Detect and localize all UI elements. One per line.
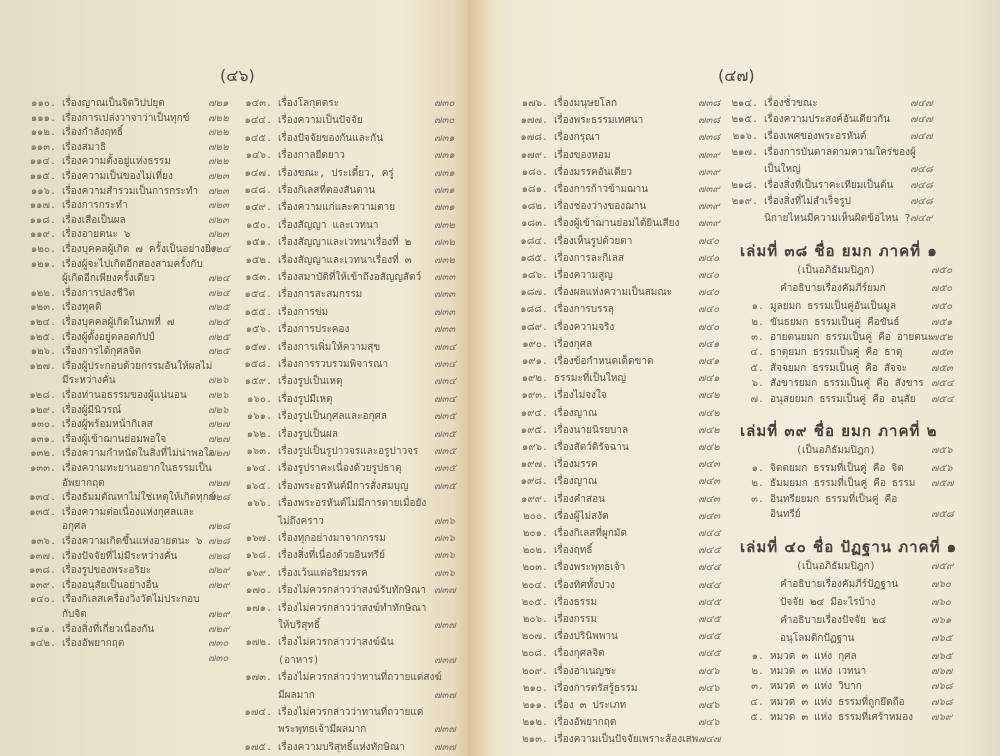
entry-page: ๗๖๗ bbox=[931, 664, 952, 679]
volume-intro-page: ๗๕๐ bbox=[931, 281, 952, 296]
entry-title: เรื่องการรวบรวมพิจารณา bbox=[278, 359, 388, 370]
toc-entry: ๒๑๙.เรื่องสิ่งที่ไม่สำเร็จรูป๗๔๘ bbox=[720, 194, 940, 210]
entry-number: ๒๑๐. bbox=[512, 681, 548, 696]
entry-page: ๗๔๐ bbox=[698, 234, 719, 249]
entry-number: ๒๑๗. bbox=[720, 145, 758, 160]
toc-entry: ๑๒๖.เรื่องการได้กุศลจิต๗๒๕ bbox=[18, 344, 238, 359]
toc-entry: ๒๐๘.เรื่องกุศลจิต๗๔๕ bbox=[512, 646, 728, 663]
entry-title: เรื่องอัพยากฤต bbox=[554, 717, 616, 728]
entry-page: ๗๓๐ bbox=[434, 113, 454, 128]
toc-entry: ๑๕๓.เรื่องสมาบัติที่ให้เข้าถึงอสัญญสัตว์… bbox=[234, 270, 464, 287]
entry-page: ๗๓๔ bbox=[434, 340, 456, 355]
toc-entry: ๒๐๗.เรื่องปรินิพพาน๗๔๕ bbox=[512, 629, 728, 646]
entry-page: ๗๔๘ bbox=[910, 178, 933, 193]
entry-title-continued: (อาหาร) bbox=[278, 653, 319, 668]
entry-title: เรื่องญาณ bbox=[554, 476, 597, 487]
toc-entry: ๑๘๖.เรื่องความสูญ๗๔๐ bbox=[512, 268, 728, 285]
toc-entry: ๒๑๓.เรื่องความเป็นปัจจัยเพราะส้องเสพ๗๔๗ bbox=[512, 732, 728, 749]
entry-title: เรื่องรูปเป็นกุศลและอกุศล bbox=[278, 411, 387, 422]
toc-entry: ๑๕๘.เรื่องการรวบรวมพิจารณา๗๓๔ bbox=[234, 357, 464, 374]
entry-number: ๑๒๖. bbox=[18, 344, 56, 359]
entry-page: ๗๓๔ bbox=[434, 374, 456, 389]
entry-title: เรื่องอายตนะ ๖ bbox=[62, 229, 130, 240]
entry-page: ๗๒๓ bbox=[208, 227, 229, 242]
entry-title: มูลยมก ธรรมเป็นคู่อันเป็นมูล bbox=[770, 301, 896, 312]
entry-page: ๗๒๙ bbox=[208, 563, 229, 578]
entry-title: เรื่องไม่ควรกล่าวว่าทานที่ถวายแด่ bbox=[278, 707, 423, 718]
entry-number: ๑๙๑. bbox=[512, 354, 548, 369]
entry-title: เรื่องสัญญา และเวทนา bbox=[278, 220, 378, 231]
entry-page: ๗๓๙ bbox=[698, 148, 720, 163]
entry-number: ๑๒๐. bbox=[18, 242, 56, 257]
entry-number: ๑๕๒. bbox=[234, 253, 272, 268]
toc-entry: ๑๕๙.เรื่องรูปเป็นเหตุ๗๓๔ bbox=[234, 374, 464, 391]
toc-entry: ๒๑๕.เรื่องความประสงค์อันเดียวกัน๗๔๗ bbox=[720, 112, 940, 128]
entry-title: เรื่องมรรค bbox=[554, 459, 598, 470]
entry-page: ๗๔๖ bbox=[698, 664, 719, 679]
entry-title-continued: กับจิต bbox=[62, 607, 87, 622]
entry-page: ๗๓๑ bbox=[434, 183, 455, 198]
entry-title: เรื่องความเกิดขึ้นแห่งอายตนะ ๖ bbox=[62, 536, 202, 547]
entry-page: ๗๓๗ bbox=[434, 583, 456, 598]
entry-title: เรื่องนายนิรยบาล bbox=[554, 425, 628, 436]
entry-page: ๗๒๒ bbox=[208, 125, 229, 140]
entry-title: เรื่องอนุสัยเป็นอย่างอื่น bbox=[62, 580, 158, 591]
entry-page: ๗๓๕ bbox=[434, 427, 456, 442]
entry-page: ๗๒๕ bbox=[208, 330, 230, 345]
entry-title: เรื่องกุศลจิต bbox=[554, 648, 605, 659]
entry-number: ๑๓๙. bbox=[18, 578, 56, 593]
toc-entry: ๒๐๔.เรื่องทิศทั้งปวง๗๔๔ bbox=[512, 578, 728, 595]
entry-title: เรื่องธรรม bbox=[554, 597, 597, 608]
entry-title: เรื่องญาณ bbox=[554, 408, 597, 419]
entry-page-trailing: ๗๓๐ bbox=[208, 651, 228, 666]
right-page: (๔๗) ๑๗๖.เรื่องมนุษยโลก๗๓๘๑๗๗.เรื่องพระธ… bbox=[512, 0, 1000, 756]
entry-number: ๑๙๕. bbox=[512, 423, 548, 438]
entry-page: ๗๔๕ bbox=[698, 646, 721, 661]
entry-title: เรื่องทิศทั้งปวง bbox=[554, 580, 615, 591]
entry-page: ๗๓๗ bbox=[434, 688, 456, 703]
entry-number: ๓. bbox=[726, 492, 764, 507]
entry-page: ๗๒๙ bbox=[208, 578, 229, 593]
entry-number: ๒๐๗. bbox=[512, 629, 548, 644]
entry-page: ๗๖๕ bbox=[931, 649, 952, 664]
entry-number: ๑๙๖. bbox=[512, 440, 548, 455]
entry-number: ๑๒๓. bbox=[18, 300, 56, 315]
entry-number: ๑๖๒. bbox=[234, 427, 272, 442]
entry-title: เรื่องกิเลสเครื่องวิ่งวัดไม่ประกอบ bbox=[62, 594, 199, 605]
toc-entry: ๑๘๐.เรื่องมรรคอันเดียว๗๓๙ bbox=[512, 165, 728, 182]
entry-title: เรื่องกาลยืดยาว bbox=[278, 150, 345, 161]
entry-number: ๑๑๖. bbox=[18, 184, 56, 199]
entry-page: ๗๔๐ bbox=[698, 285, 719, 300]
entry-number: ๑๑๙. bbox=[18, 227, 56, 242]
entry-page: ๗๓๑ bbox=[434, 200, 455, 215]
entry-number: ๑. bbox=[726, 461, 764, 476]
entry-number: ๒๐๘. bbox=[512, 646, 548, 661]
entry-title: เรื่องความเป็นปัจจัยเพราะส้องเสพ bbox=[554, 734, 698, 745]
toc-entry: ๑๒๗.เรื่องผู้ประกอบด้วยกรรมอันให้ผลไม่มี… bbox=[18, 359, 238, 388]
entry-page: ๗๓๙ bbox=[698, 165, 720, 180]
entry-page: ๗๔๐ bbox=[698, 320, 719, 335]
toc-entry: ๑๗๘.เรื่องกรุณา๗๓๘ bbox=[512, 130, 728, 147]
entry-page: ๗๓๕ bbox=[434, 444, 456, 459]
toc-entry: ๒๑๘.เรื่องสิ่งที่เป็นราคะเทียมเป็นต้น๗๔๘ bbox=[720, 178, 940, 194]
entry-page: ๗๕๗ bbox=[931, 476, 954, 491]
toc-entry: ๑๔๑.เรื่องสิ่งที่เกี่ยวเนื่องกัน๗๒๙ bbox=[18, 622, 238, 637]
entry-page: ๗๒๔ bbox=[208, 242, 230, 257]
entry-title: เรื่องการบรรลุ bbox=[554, 304, 614, 315]
entry-title: อนุสยยมก ธรรมเป็นคู่ คือ อนุสัย bbox=[770, 394, 916, 405]
entry-page: ๗๓๔ bbox=[434, 357, 456, 372]
volume-subtitle: (เป็นอภิธัมมปิฎก)๗๕๐ bbox=[796, 263, 876, 278]
entry-title: เรื่องผู้จะไปเกิดอีกสองสามครั้งกับ bbox=[62, 259, 203, 270]
entry-number: ๑๒๔. bbox=[18, 315, 56, 330]
entry-title: เรื่องความทะยานอยากในธรรมเป็น bbox=[62, 463, 212, 474]
entry-title: อายตนยมก ธรรมเป็นคู่ คือ อายตนะ bbox=[770, 332, 933, 343]
entry-title: เรื่องผู้พร้อมหน้ากิเลส bbox=[62, 419, 153, 430]
entry-number: ๑๒๒. bbox=[18, 286, 56, 301]
volume-intro-line: คำอธิบายเรื่องปัจจัย ๒๔๗๖๑ bbox=[780, 613, 886, 628]
entry-number: ๑๓๔. bbox=[18, 490, 56, 505]
toc-entry: ๑๙๑.เรื่องข้อกำหนดเด็ดขาด๗๔๑ bbox=[512, 354, 728, 371]
entry-page: ๗๔๒ bbox=[698, 388, 720, 403]
toc-entry: ๑๙๒.ธรรมะที่เป็นใหญ่๗๔๑ bbox=[512, 371, 728, 388]
entry-page: ๗๔๙ bbox=[910, 211, 932, 226]
entry-title: เรื่องผลแห่งความเป็นสมณะ bbox=[554, 287, 672, 298]
entry-title: เรื่อง ๓ ประเภท bbox=[554, 700, 626, 711]
entry-title-continued: ให้บริสุทธิ์ bbox=[278, 618, 320, 633]
entry-number: ๑๔๕. bbox=[234, 131, 272, 146]
volume-intro-text: คำอธิบายเรื่องคัมภีร์ยมก bbox=[780, 283, 886, 294]
entry-page: ๗๔๓ bbox=[698, 474, 720, 489]
entry-title: เรื่องกำลังฤทธิ์ bbox=[62, 127, 123, 138]
entry-number: ๑๓๓. bbox=[18, 461, 56, 476]
entry-page: ๗๓๒ bbox=[434, 235, 455, 250]
entry-number: ๑๗๖. bbox=[512, 96, 548, 111]
entry-number: ๑๒๘. bbox=[18, 388, 56, 403]
intro-line-text: ปัจจัย ๒๔ มีอะไรบ้าง bbox=[780, 597, 875, 608]
entry-page: ๗๓๖ bbox=[434, 514, 455, 529]
entry-page: ๗๓๔ bbox=[434, 392, 456, 407]
toc-entry: ๑๘๒.เรื่องช่องว่างของฌาน๗๓๙ bbox=[512, 199, 728, 216]
entry-page: ๗๒๓ bbox=[208, 169, 229, 184]
toc-entry: ๒๐๙.เรื่องอาเนญชะ๗๔๖ bbox=[512, 664, 728, 681]
entry-number: ๑๗๘. bbox=[512, 130, 548, 145]
entry-page: ๗๕๓ bbox=[931, 345, 953, 360]
entry-number: ๒๑๙. bbox=[720, 194, 758, 209]
toc-entry: ๑๙๔.เรื่องญาณ๗๔๒ bbox=[512, 406, 728, 423]
entry-number: ๓. bbox=[726, 679, 764, 694]
entry-page: ๗๓๖ bbox=[434, 548, 455, 563]
toc-entry: ๑๔๘.เรื่องกิเลสที่ตองสันดาน๗๓๑ bbox=[234, 183, 464, 200]
entry-number: ๒๐๕. bbox=[512, 595, 548, 610]
entry-title: หมวด ๓ แห่ง วิบาก bbox=[770, 681, 862, 692]
toc-entry: ๕.หมวด ๓ แห่ง ธรรมที่เศร้าหมอง๗๖๙ bbox=[726, 710, 961, 725]
entry-number: ๑๔๒. bbox=[18, 636, 56, 651]
book-spread: (๔๖) ๑๑๐.เรื่องญาณเป็นจิตวิปปยุต๗๒๑๑๑๑.เ… bbox=[0, 0, 1000, 756]
entry-number: ๑๘๙. bbox=[512, 320, 548, 335]
toc-entry: ๒๐๑.เรื่องกิเลสที่ผูกมัด๗๔๔ bbox=[512, 526, 728, 543]
entry-number: ๑๖๑. bbox=[234, 409, 272, 424]
entry-page: ๗๒๖ bbox=[208, 373, 228, 388]
toc-entry: ๑๕๖.เรื่องการประคอง๗๓๓ bbox=[234, 322, 464, 339]
entry-title: เรื่องกิเลสที่ตองสันดาน bbox=[278, 185, 375, 196]
entry-page: ๗๓๓ bbox=[434, 287, 455, 302]
entry-number: ๑๖๓. bbox=[234, 444, 272, 459]
toc-entry: ๑๓๔.เรื่องธัมมตัณหาไม่ใช่เหตุให้เกิดทุกข… bbox=[18, 490, 238, 505]
toc-entry: ๑๓๒.เรื่องความกำหนัดในสิ่งที่ไม่น่าพอใจ๗… bbox=[18, 446, 238, 461]
toc-entry: ๓.หมวด ๓ แห่ง วิบาก๗๖๘ bbox=[726, 679, 961, 694]
entry-title: หมวด ๓ แห่ง กุศล bbox=[770, 651, 857, 662]
entry-number: ๑๗๗. bbox=[512, 113, 548, 128]
toc-entry: ๒๑๐.เรื่องการตรัสรู้ธรรม๗๔๖ bbox=[512, 681, 728, 698]
entry-page: ๗๒๘ bbox=[208, 490, 230, 505]
toc-entry: ๑๔๙.เรื่องความแก่และความตาย๗๓๑ bbox=[234, 200, 464, 217]
toc-entry: ๑๘๑.เรื่องการก้าวข้ามฌาน๗๓๙ bbox=[512, 182, 728, 199]
intro-line-text: คำอธิบายเรื่องคัมภีร์ปัฏฐาน bbox=[780, 579, 898, 590]
toc-entry: ๑๑๗.เรื่องการกระทำ๗๒๓ bbox=[18, 198, 238, 213]
entry-title: เรื่องมรรคอันเดียว bbox=[554, 167, 632, 178]
entry-number: ๑๔๗. bbox=[234, 166, 272, 181]
entry-page: ๗๒๔ bbox=[208, 286, 230, 301]
entry-number: ๑๒๙. bbox=[18, 403, 56, 418]
entry-title: เรื่องผู้ไม่สงัด bbox=[554, 511, 609, 522]
entry-number: ๒. bbox=[726, 664, 764, 679]
toc-entry: ๑๕๑.เรื่องสัญญาและเวทนาเรื่องที่ ๒๗๓๒ bbox=[234, 235, 464, 252]
toc-entry: ๑๕๒.เรื่องสัญญาและเวทนาเรื่องที่ ๓๗๓๒ bbox=[234, 253, 464, 270]
entry-page: ๗๓๘ bbox=[698, 113, 720, 128]
toc-entry: ๔.ธาตุยมก ธรรมเป็นคู่ คือ ธาตุ๗๕๓ bbox=[726, 345, 961, 360]
entry-title: เรื่องเว้นแต่อริยมรรค bbox=[278, 568, 368, 579]
entry-title: เรื่องไม่ควรกล่าวว่าสงฆ์รับทักษิณา bbox=[278, 585, 426, 596]
entry-page: ๗๒๗ bbox=[208, 476, 230, 491]
entry-page: ๗๒๓ bbox=[208, 213, 229, 228]
entry-title: เรื่องกรรม bbox=[554, 614, 597, 625]
entry-page: ๗๔๔ bbox=[698, 543, 721, 558]
toc-entry: นิกายไหนมีความเห็นผิดข้อไหน ?๗๔๙ bbox=[720, 211, 940, 227]
toc-entry: ๑.หมวด ๓ แห่ง กุศล๗๖๕ bbox=[726, 649, 961, 664]
toc-entry: ๑๒๑.เรื่องผู้จะไปเกิดอีกสองสามครั้งกับผู… bbox=[18, 257, 238, 286]
entry-title: เรื่องผู้เข้าฌานย่อมพอใจ bbox=[62, 434, 166, 445]
entry-page: ๗๒๕ bbox=[208, 300, 230, 315]
entry-title: เรื่องอัพยากฤต bbox=[62, 638, 124, 649]
entry-title: เรื่องไม่ควรกล่าวว่าสงฆ์ทำทักษิณา bbox=[278, 603, 426, 614]
entry-number: ๑๕๙. bbox=[234, 374, 272, 389]
entry-number: ๑๖๔. bbox=[234, 461, 272, 476]
entry-number: ๗. bbox=[726, 392, 764, 407]
entry-title: เรื่องผู้ประกอบด้วยกรรมอันให้ผลไม่ bbox=[62, 361, 212, 372]
volume-intro: คำอธิบายเรื่องคัมภีร์ยมก๗๕๐ bbox=[780, 281, 886, 296]
toc-entry: ๑๓๘.เรื่องรูปของพระอริยะ๗๒๙ bbox=[18, 563, 238, 578]
entry-title: หมวด ๓ แห่ง เวทนา bbox=[770, 666, 866, 677]
entry-page: ๗๓๙ bbox=[698, 182, 720, 197]
entry-number: ๑๗๕. bbox=[234, 740, 272, 755]
toc-entry: ๑๔๔.เรื่องความเป็นปัจจัย๗๓๐ bbox=[234, 113, 464, 130]
toc-entry: ๒.หมวด ๓ แห่ง เวทนา๗๖๗ bbox=[726, 664, 961, 679]
entry-page: ๗๔๓ bbox=[698, 492, 720, 507]
toc-entry: ๑๒๕.เรื่องผู้ตั้งอยู่ตลอดกัปป์๗๒๕ bbox=[18, 330, 238, 345]
entry-number: ๑๗๒. bbox=[234, 635, 272, 650]
entry-page: ๗๔๗ bbox=[910, 129, 933, 144]
right-page-number: (๔๗) bbox=[718, 64, 755, 89]
entry-page: ๗๒๙ bbox=[208, 607, 229, 622]
entry-title: เรื่องผู้เข้าฌานย่อมได้ยินเสียง bbox=[554, 218, 679, 229]
entry-page: ๗๓๗ bbox=[434, 740, 456, 755]
entry-title: เรื่องกุศล bbox=[554, 339, 592, 350]
entry-number: ๒๐๑. bbox=[512, 526, 548, 541]
volume-heading: เล่มที่ ๓๘ ชื่อ ยมก ภาคที่ ๑ bbox=[740, 239, 938, 263]
entry-title: เรื่องความประสงค์อันเดียวกัน bbox=[764, 114, 890, 125]
entry-page: ๗๕๓ bbox=[931, 361, 953, 376]
toc-entry: ๑๗๗.เรื่องพระธรรมเทศนา๗๓๘ bbox=[512, 113, 728, 130]
entry-number: ๑๓๕. bbox=[18, 505, 56, 520]
entry-number: ๑๑๗. bbox=[18, 198, 56, 213]
toc-entry: ๑๓๗.เรื่องปัจจัยที่ไม่มีระหว่างคั่น๗๒๘ bbox=[18, 549, 238, 564]
entry-number: ๑๒๑. bbox=[18, 257, 56, 272]
intro-line-text: คำอธิบายเรื่องปัจจัย ๒๔ bbox=[780, 615, 886, 626]
entry-title: จิตตยมก ธรรมที่เป็นคู่ คือ จิต bbox=[770, 463, 904, 474]
toc-entry: ๑๔๕.เรื่องปัจจัยของกันและกัน๗๓๑ bbox=[234, 131, 464, 148]
entry-number: ๒๐๐. bbox=[512, 509, 548, 524]
entry-page: ๗๔๘ bbox=[910, 194, 933, 209]
entry-number: ๑๕๑. bbox=[234, 235, 272, 250]
entry-title: เรื่องสัญญาและเวทนาเรื่องที่ ๓ bbox=[278, 255, 412, 266]
entry-page: ๗๕๐ bbox=[931, 299, 952, 314]
entry-page: ๗๔๐ bbox=[698, 251, 719, 266]
entry-number: ๑๔๙. bbox=[234, 200, 272, 215]
entry-number: ๒๑๑. bbox=[512, 698, 548, 713]
entry-title-continued: มีระหว่างคั่น bbox=[62, 373, 116, 388]
entry-page: ๗๓๓ bbox=[434, 305, 455, 320]
entry-title: เรื่องความเป็นปัจจัย bbox=[278, 115, 363, 126]
entry-page: ๗๔๕ bbox=[698, 629, 721, 644]
entry-number: ๔. bbox=[726, 695, 764, 710]
toc-entry: ๒๐๕.เรื่องธรรม๗๔๕ bbox=[512, 595, 728, 612]
volume-subtitle-text: (เป็นอภิธัมมปิฎก) bbox=[796, 265, 876, 276]
entry-title: เรื่องสิ่งที่เนื่องด้วยอินทรีย์ bbox=[278, 550, 385, 561]
toc-entry: ๑๘๓.เรื่องผู้เข้าฌานย่อมได้ยินเสียง๗๓๙ bbox=[512, 216, 728, 233]
entry-title: เรื่องไม่ควรกล่าวว่าสงฆ์ฉัน bbox=[278, 637, 394, 648]
entry-number: ๑๕๐. bbox=[234, 218, 272, 233]
intro-line-page: ๗๖๕ bbox=[931, 631, 952, 646]
toc-entry: ๑๙๘.เรื่องญาณ๗๔๓ bbox=[512, 474, 728, 491]
entry-number: ๑๗๐. bbox=[234, 583, 272, 598]
entry-number: ๒๐๓. bbox=[512, 560, 548, 575]
entry-title: เรื่องทุกอย่างมาจากกรรม bbox=[278, 533, 386, 544]
entry-number: ๑๙๘. bbox=[512, 474, 548, 489]
toc-entry: ๓.อายตนยมก ธรรมเป็นคู่ คือ อายตนะ๗๕๒ bbox=[726, 330, 961, 345]
entry-page: ๗๔๒ bbox=[698, 423, 720, 438]
toc-entry: ๑๘๙.เรื่องความจริง๗๔๐ bbox=[512, 320, 728, 337]
entry-number: ๑๓๒. bbox=[18, 446, 56, 461]
entry-title: เรื่องเสือเป็นผล bbox=[62, 215, 126, 226]
entry-title: เรื่องของหอม bbox=[554, 150, 611, 161]
entry-number: ๒๐๔. bbox=[512, 578, 548, 593]
entry-number: ๑๑๕. bbox=[18, 169, 56, 184]
entry-page: ๗๓๑ bbox=[434, 166, 455, 181]
volume-subtitle: (เป็นอภิธัมมปิฎก)๗๕๖ bbox=[796, 443, 876, 458]
entry-number: ๑. bbox=[726, 649, 764, 664]
entry-number: ๑๕๘. bbox=[234, 357, 272, 372]
toc-entry: ๑๓๙.เรื่องอนุสัยเป็นอย่างอื่น๗๒๙ bbox=[18, 578, 238, 593]
entry-number: ๒๑๓. bbox=[512, 732, 548, 747]
entry-title: เรื่องชั่วขณะ bbox=[764, 98, 818, 109]
entry-number: ๔. bbox=[726, 345, 764, 360]
entry-number: ๖. bbox=[726, 376, 764, 391]
entry-page: ๗๔๐ bbox=[698, 268, 719, 283]
entry-number: ๑๘๖. bbox=[512, 268, 548, 283]
entry-page: ๗๔๑ bbox=[698, 337, 719, 352]
entry-number: ๑๘๓. bbox=[512, 216, 548, 231]
entry-number: ๕. bbox=[726, 361, 764, 376]
entry-page: ๗๔๐ bbox=[698, 302, 719, 317]
toc-entry: ๑๖๓.เรื่องรูปเป็นรูปาวจรและอรูปาวจร๗๓๕ bbox=[234, 444, 464, 461]
entry-number: ๑๘๐. bbox=[512, 165, 548, 180]
entry-title: เรื่องการละกิเลส bbox=[554, 253, 624, 264]
entry-number: ๑๓๘. bbox=[18, 563, 56, 578]
entry-page: ๗๓๙ bbox=[698, 199, 720, 214]
entry-page: ๗๕๘ bbox=[931, 507, 954, 522]
toc-entry: ๑๕๗.เรื่องการเพิ่มให้ความสุข๗๓๔ bbox=[234, 340, 464, 357]
left-page-number: (๔๖) bbox=[220, 64, 255, 89]
entry-number: ๑๔๖. bbox=[234, 148, 272, 163]
entry-title: เรื่องพระอรหันต์มีการสั่งสมบุญ bbox=[278, 481, 409, 492]
entry-title: เรื่องอาเนญชะ bbox=[554, 666, 616, 677]
entry-page: ๗๓๑ bbox=[434, 131, 455, 146]
entry-page: ๗๒๖ bbox=[208, 388, 228, 403]
entry-title: สังขารยมก ธรรมเป็นคู่ คือ สังขาร bbox=[770, 378, 924, 389]
entry-page: ๗๓๒ bbox=[434, 253, 455, 268]
toc-entry: ๑๖๕.เรื่องพระอรหันต์มีการสั่งสมบุญ๗๓๕ bbox=[234, 479, 464, 496]
left-page: (๔๖) ๑๑๐.เรื่องญาณเป็นจิตวิปปยุต๗๒๑๑๑๑.เ… bbox=[0, 0, 468, 756]
intro-line-page: ๗๖๐ bbox=[931, 577, 951, 592]
entry-title: เรื่องผู้มีนิวรณ์ bbox=[62, 405, 121, 416]
entry-title: สัจจยมก ธรรมเป็นคู่ คือ สัจจะ bbox=[770, 363, 907, 374]
entry-number: ๒๐๒. bbox=[512, 543, 548, 558]
toc-entry: ๑๖๘.เรื่องสิ่งที่เนื่องด้วยอินทรีย์๗๓๖ bbox=[234, 548, 464, 565]
entry-number: ๑๔๔. bbox=[234, 113, 272, 128]
entry-page: ๗๓๘ bbox=[698, 130, 720, 145]
entry-number: ๑๙๔. bbox=[512, 406, 548, 421]
entry-page: ๗๔๒ bbox=[698, 406, 720, 421]
toc-entry: ๑๖๔.เรื่องรูปราคะเนื่องด้วยรูปธาตุ๗๓๕ bbox=[234, 461, 464, 478]
volume-subtitle-page: ๗๕๐ bbox=[931, 263, 952, 278]
entry-number: ๑๘๘. bbox=[512, 302, 548, 317]
entry-number: ๑๙๐. bbox=[512, 337, 548, 352]
entry-number: ๑๕๗. bbox=[234, 340, 272, 355]
toc-entry: ๑๑๔.เรื่องความตั้งอยู่แห่งธรรม๗๒๒ bbox=[18, 154, 238, 169]
entry-number: ๒. bbox=[726, 476, 764, 491]
entry-number: ๑๒๕. bbox=[18, 330, 56, 345]
entry-page: ๗๒๘ bbox=[208, 519, 230, 534]
toc-entry: ๑๙๐.เรื่องกุศล๗๔๑ bbox=[512, 337, 728, 354]
entry-title: เรื่องพระพุทธเจ้า bbox=[554, 562, 625, 573]
entry-title: เรื่องสัญญาและเวทนาเรื่องที่ ๒ bbox=[278, 237, 411, 248]
entry-page: ๗๒๔ bbox=[208, 271, 230, 286]
entry-number: ๑๑๘. bbox=[18, 213, 56, 228]
entry-page: ๗๔๕ bbox=[698, 612, 721, 627]
entry-page: ๗๒๒ bbox=[208, 140, 229, 155]
toc-entry: ๑๒๔.เรื่องบุคคลผู้เกิดในภพที่ ๗๗๒๕ bbox=[18, 315, 238, 330]
entry-number: ๑๕๕. bbox=[234, 305, 272, 320]
entry-page: ๗๓๕ bbox=[434, 479, 456, 494]
toc-entry: ๑๗๓.เรื่องไม่ควรกล่าวว่าทานที่ถวายแด่สงฆ… bbox=[234, 670, 464, 705]
entry-page: ๗๓๐ bbox=[208, 636, 228, 651]
entry-number: ๑๔๑. bbox=[18, 622, 56, 637]
entry-page: ๗๕๔ bbox=[931, 376, 954, 391]
entry-number: ๑๖๘. bbox=[234, 548, 272, 563]
